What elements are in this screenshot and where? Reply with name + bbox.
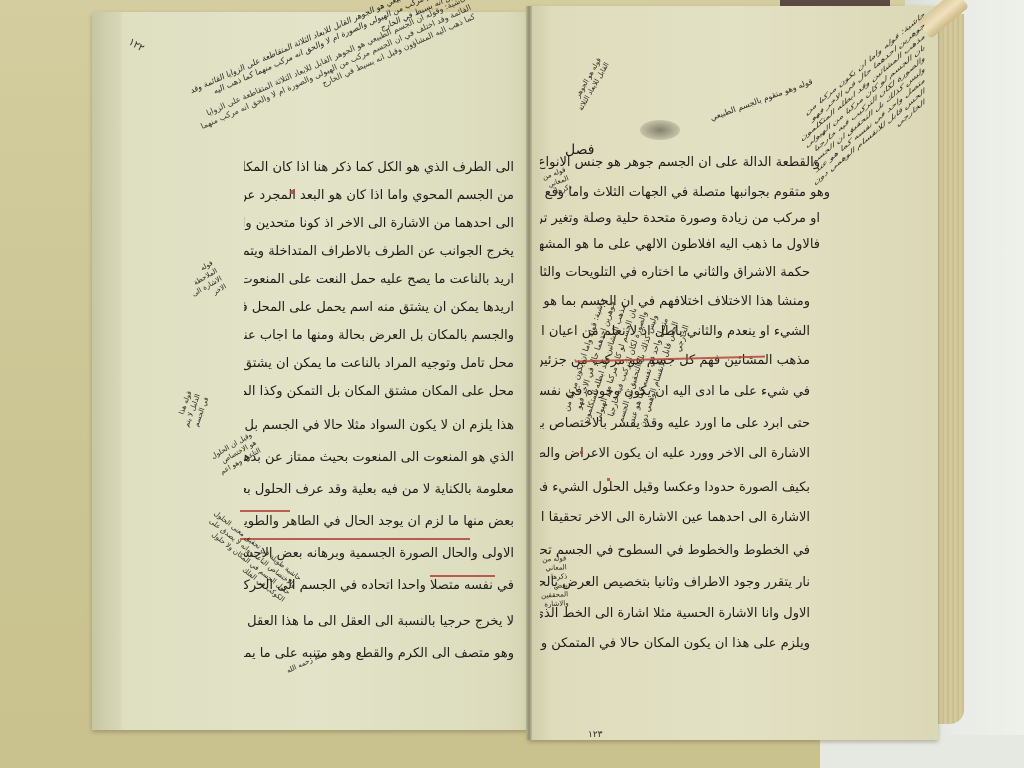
text-line: وهو متقوم بجوانبها متصلة في الجهات الثلا… bbox=[540, 185, 830, 200]
text-line: يخرج الجوانب عن الطرف بالاطراف المتداخلة… bbox=[244, 244, 514, 259]
text-line: الذي هو المنعوت الى المنعوت بحيث ممتاز ع… bbox=[244, 450, 514, 465]
text-line: حتى ابرد على ما اورد عليه وقد يفسر بالاخ… bbox=[540, 416, 810, 431]
text-line: لا يخرج حرجيا بالنسبة الى العقل الى ما ه… bbox=[244, 614, 514, 629]
text-line: حكمة الاشراق والثاني ما اختاره في التلوي… bbox=[540, 265, 810, 280]
ink-smudge bbox=[640, 120, 680, 140]
text-line: او مركب من زيادة وصورة متحدة حلية وصلة و… bbox=[540, 211, 820, 226]
text-line: ويلزم على هذا ان يكون المكان حالا في الم… bbox=[540, 636, 810, 651]
text-line: بكيف الصورة حدودا وعكسا وقيل الحلول الشي… bbox=[540, 480, 810, 495]
text-line: في شيء على ما ادى اليه ان يكون وجوده في … bbox=[540, 384, 810, 399]
rubric-dot bbox=[607, 478, 610, 481]
text-line: نار يتقرر وجود الاطراف وثانيا بتخصيص الع… bbox=[540, 575, 810, 590]
text-line: والجسم بالمكان بل العرض بحالة ومنها ما ا… bbox=[244, 328, 514, 343]
text-line: الاشارة الى احدهما عين الاشارة الى الاخر… bbox=[540, 510, 810, 525]
bottom-mark: ١٢٣ bbox=[588, 730, 603, 740]
text-line: معلومة بالكناية لا من فيه بعلية وقد عرف … bbox=[244, 482, 514, 497]
text-line: الى احدهما من الاشارة الى الاخر اذ كونا … bbox=[244, 216, 514, 231]
rubric-dot bbox=[290, 190, 294, 194]
text-line: والقطعة الدالة على ان الجسم جوهر هو جنس … bbox=[540, 155, 820, 170]
text-line: اريد بالناعت ما يصح عليه حمل النعت على ا… bbox=[244, 272, 514, 287]
text-line: الى الطرف الذي هو الكل كما ذكر هنا اذا ك… bbox=[244, 160, 514, 175]
text-line: الشيء او ينعدم والثاني باطل اذ لا نعلم م… bbox=[540, 324, 810, 339]
book-gutter bbox=[526, 6, 532, 740]
text-line: محل على المكان مشتق المكان بل التمكن وكذ… bbox=[244, 384, 514, 399]
text-line: محل تامل وتوجيه المراد بالناعت ما يمكن ا… bbox=[244, 356, 514, 371]
rubric-line bbox=[240, 538, 470, 540]
text-line: الاولى والحال الصورة الجسمية وبرهانه بعض… bbox=[244, 546, 514, 561]
text-line: اريدها يمكن ان يشتق منه اسم يحمل على الم… bbox=[244, 300, 514, 315]
rubric-line bbox=[240, 510, 290, 512]
rubric-line bbox=[430, 575, 495, 577]
text-line: فالاول ما ذهب اليه افلاطون الالهي على ما… bbox=[540, 237, 820, 252]
text-line: وهو متصف الى الكرم والقطع وهو متنبه على … bbox=[244, 646, 514, 661]
text-line: هذا يلزم ان لا يكون السواد مثلا حالا في … bbox=[244, 418, 514, 433]
text-line: من الجسم المحوي واما اذا كان هو البعد ال… bbox=[244, 188, 514, 203]
rubric-dot bbox=[580, 451, 583, 454]
text-line: ومنشا هذا الاختلاف اختلافهم في ان الجسم … bbox=[540, 294, 810, 309]
text-line: في الخطوط والخطوط في السطوح في الجسم تحق… bbox=[540, 543, 810, 558]
text-line: بعض منها ما لزم ان يوجد الحال في الطاهر … bbox=[244, 514, 514, 529]
text-line: الاول وانا الاشارة الحسية مثلا اشارة الى… bbox=[540, 606, 810, 621]
